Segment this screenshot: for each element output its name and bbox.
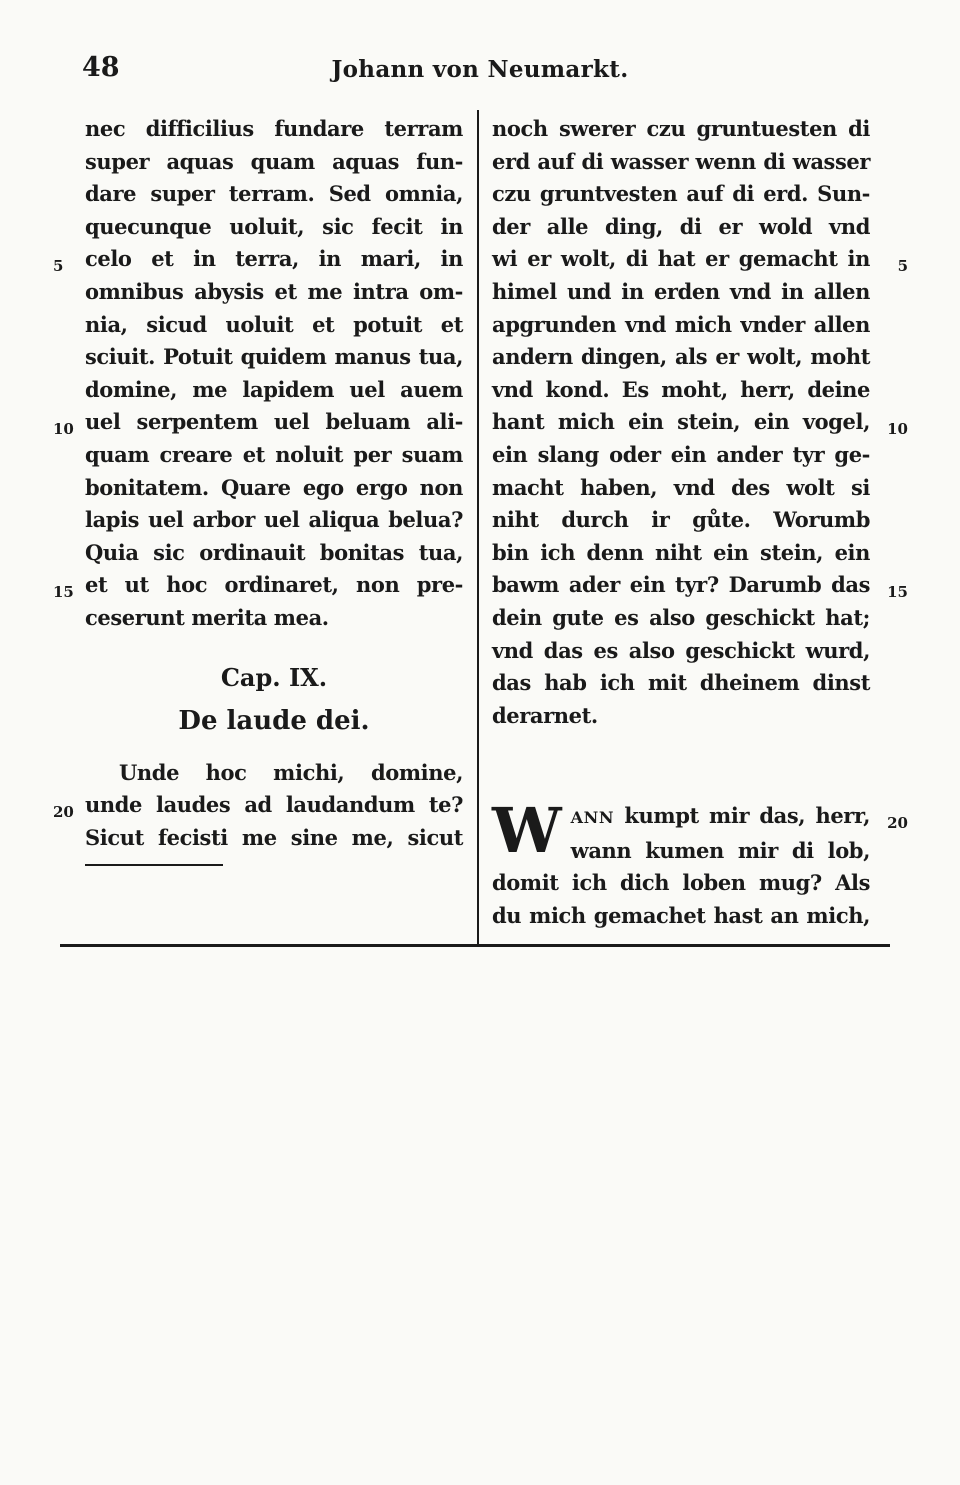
text-line: sciuit. Potuit quidem manus tua, bbox=[85, 341, 463, 374]
text-line: dein gute es also geschickt hat; bbox=[492, 602, 870, 635]
line-number: 10 bbox=[53, 413, 74, 446]
small-caps-text: ANN bbox=[571, 808, 614, 827]
line-number: 5 bbox=[898, 250, 908, 283]
running-title: Johann von Neumarkt. bbox=[0, 56, 960, 83]
text-line: 15bawm ader ein tyr? Darumb das bbox=[492, 569, 870, 602]
line-text: ceserunt merita mea. bbox=[85, 605, 329, 630]
text-line: domine, me lapidem uel auem bbox=[85, 374, 463, 407]
text-line: nia, sicud uoluit et potuit et bbox=[85, 309, 463, 342]
text-line: quecunque uoluit, sic fecit in bbox=[85, 211, 463, 244]
text-line: omnibus abysis et me intra om- bbox=[85, 276, 463, 309]
line-text: ein slang oder ein ander tyr ge- bbox=[492, 442, 870, 467]
german-column: noch swerer czu gruntuesten dierd auf di… bbox=[492, 113, 870, 933]
text-line: nec difficilius fundare terram bbox=[85, 113, 463, 146]
text-line: apgrunden vnd mich vnder allen bbox=[492, 309, 870, 342]
text-line: erd auf di wasser wenn di wasser bbox=[492, 146, 870, 179]
line-text: hant mich ein stein, ein vogel, bbox=[492, 409, 870, 434]
line-text: vnd kond. Es moht, herr, deine bbox=[492, 377, 870, 402]
latin-column: nec difficilius fundare terramsuper aqua… bbox=[85, 113, 463, 873]
latin-paragraph-2: Unde hoc michi, domine,20unde laudes ad … bbox=[85, 757, 463, 855]
text-line: Quia sic ordinauit bonitas tua, bbox=[85, 537, 463, 570]
column-divider bbox=[477, 110, 479, 944]
text-line: du mich gemachet hast an mich, bbox=[492, 900, 870, 933]
line-text: Quia sic ordinauit bonitas tua, bbox=[85, 540, 463, 565]
text-line: niht durch ir gůte. Worumb bbox=[492, 504, 870, 537]
text-line: vnd das es also geschickt wurd, bbox=[492, 635, 870, 668]
line-text: et ut hoc ordinaret, non pre- bbox=[85, 572, 463, 597]
line-text: Unde hoc michi, domine, bbox=[119, 760, 463, 785]
line-text: bonitatem. Quare ego ergo non bbox=[85, 475, 463, 500]
line-text: erd auf di wasser wenn di wasser bbox=[492, 149, 870, 174]
line-text: celo et in terra, in mari, in bbox=[85, 246, 463, 271]
line-text: dein gute es also geschickt hat; bbox=[492, 605, 870, 630]
line-text: domine, me lapidem uel auem bbox=[85, 377, 463, 402]
text-line: domit ich dich loben mug? Als bbox=[492, 867, 870, 900]
text-line: super aquas quam aquas fun- bbox=[85, 146, 463, 179]
line-text: vnd das es also geschickt wurd, bbox=[492, 638, 870, 663]
line-number: 20 bbox=[887, 807, 908, 840]
apparatus-separator bbox=[60, 944, 890, 947]
chapter-subtitle: De laude dei. bbox=[85, 705, 463, 737]
line-text: uel serpentem uel beluam ali- bbox=[85, 409, 463, 434]
line-text: dare super terram. Sed omnia, bbox=[85, 181, 463, 206]
line-text: omnibus abysis et me intra om- bbox=[85, 279, 463, 304]
chapter-heading: Cap. IX. bbox=[85, 663, 463, 693]
text-line: noch swerer czu gruntuesten di bbox=[492, 113, 870, 146]
text-line: dare super terram. Sed omnia, bbox=[85, 178, 463, 211]
line-text: bin ich denn niht ein stein, ein bbox=[492, 540, 870, 565]
line-number: 5 bbox=[53, 250, 63, 283]
text-line: himel und in erden vnd in allen bbox=[492, 276, 870, 309]
text-line: quam creare et noluit per suam bbox=[85, 439, 463, 472]
text-line: macht haben, vnd des wolt si bbox=[492, 472, 870, 505]
text-line: Unde hoc michi, domine, bbox=[85, 757, 463, 790]
text-line: 5wi er wolt, di hat er gemacht in bbox=[492, 243, 870, 276]
text-line: 10hant mich ein stein, ein vogel, bbox=[492, 406, 870, 439]
line-text: sciuit. Potuit quidem manus tua, bbox=[85, 344, 463, 369]
text-line: bin ich denn niht ein stein, ein bbox=[492, 537, 870, 570]
text-line: 10uel serpentem uel beluam ali- bbox=[85, 406, 463, 439]
line-number: 15 bbox=[887, 576, 908, 609]
line-text: derarnet. bbox=[492, 703, 598, 728]
line-text: wi er wolt, di hat er gemacht in bbox=[492, 246, 870, 271]
line-text: super aquas quam aquas fun- bbox=[85, 149, 463, 174]
line-text: himel und in erden vnd in allen bbox=[492, 279, 870, 304]
text-line: ein slang oder ein ander tyr ge- bbox=[492, 439, 870, 472]
text-line: 5celo et in terra, in mari, in bbox=[85, 243, 463, 276]
line-text: nia, sicud uoluit et potuit et bbox=[85, 312, 463, 337]
text-line: bonitatem. Quare ego ergo non bbox=[85, 472, 463, 505]
latin-paragraph-1: nec difficilius fundare terramsuper aqua… bbox=[85, 113, 463, 635]
line-text: das hab ich mit dheinem dinst bbox=[492, 670, 870, 695]
line-number: 15 bbox=[53, 576, 74, 609]
text-line: lapis uel arbor uel aliqua belua? bbox=[85, 504, 463, 537]
line-text: kumpt mir das, herr, bbox=[614, 803, 870, 828]
line-text: Sicut fecisti me sine me, sicut bbox=[85, 825, 463, 850]
text-line: 20unde laudes ad laudandum te? bbox=[85, 789, 463, 822]
text-line: andern dingen, als er wolt, moht bbox=[492, 341, 870, 374]
line-text: noch swerer czu gruntuesten di bbox=[492, 116, 870, 141]
line-text: czu gruntvesten auf di erd. Sun- bbox=[492, 181, 870, 206]
text-line: czu gruntvesten auf di erd. Sun- bbox=[492, 178, 870, 211]
text-line: vnd kond. Es moht, herr, deine bbox=[492, 374, 870, 407]
line-text: andern dingen, als er wolt, moht bbox=[492, 344, 870, 369]
text-line: der alle ding, di er wold vnd bbox=[492, 211, 870, 244]
text-line: wann kumen mir di lob, bbox=[492, 835, 870, 868]
german-paragraph-1: noch swerer czu gruntuesten dierd auf di… bbox=[492, 113, 870, 732]
line-text: niht durch ir gůte. Worumb bbox=[492, 507, 870, 532]
line-text: apgrunden vnd mich vnder allen bbox=[492, 312, 870, 337]
text-line: 20ANN kumpt mir das, herr, bbox=[492, 800, 870, 835]
line-text: quecunque uoluit, sic fecit in bbox=[85, 214, 463, 239]
line-text: unde laudes ad laudandum te? bbox=[85, 792, 463, 817]
line-text: quam creare et noluit per suam bbox=[85, 442, 463, 467]
line-text: macht haben, vnd des wolt si bbox=[492, 475, 870, 500]
line-number: 10 bbox=[887, 413, 908, 446]
line-number: 20 bbox=[53, 796, 74, 829]
text-line: ceserunt merita mea. bbox=[85, 602, 463, 635]
text-line: Sicut fecisti me sine me, sicut bbox=[85, 822, 463, 855]
footnote-separator bbox=[85, 864, 223, 866]
line-text: bawm ader ein tyr? Darumb das bbox=[492, 572, 870, 597]
line-text: nec difficilius fundare terram bbox=[85, 116, 463, 141]
text-line: das hab ich mit dheinem dinst bbox=[492, 667, 870, 700]
german-paragraph-2: W 20ANN kumpt mir das, herr, wann kumen … bbox=[492, 800, 870, 932]
text-line: 15et ut hoc ordinaret, non pre- bbox=[85, 569, 463, 602]
book-page: 48 Johann von Neumarkt. nec difficilius … bbox=[0, 0, 960, 1485]
text-line: derarnet. bbox=[492, 700, 870, 733]
line-text: lapis uel arbor uel aliqua belua? bbox=[85, 507, 463, 532]
line-text: der alle ding, di er wold vnd bbox=[492, 214, 870, 239]
